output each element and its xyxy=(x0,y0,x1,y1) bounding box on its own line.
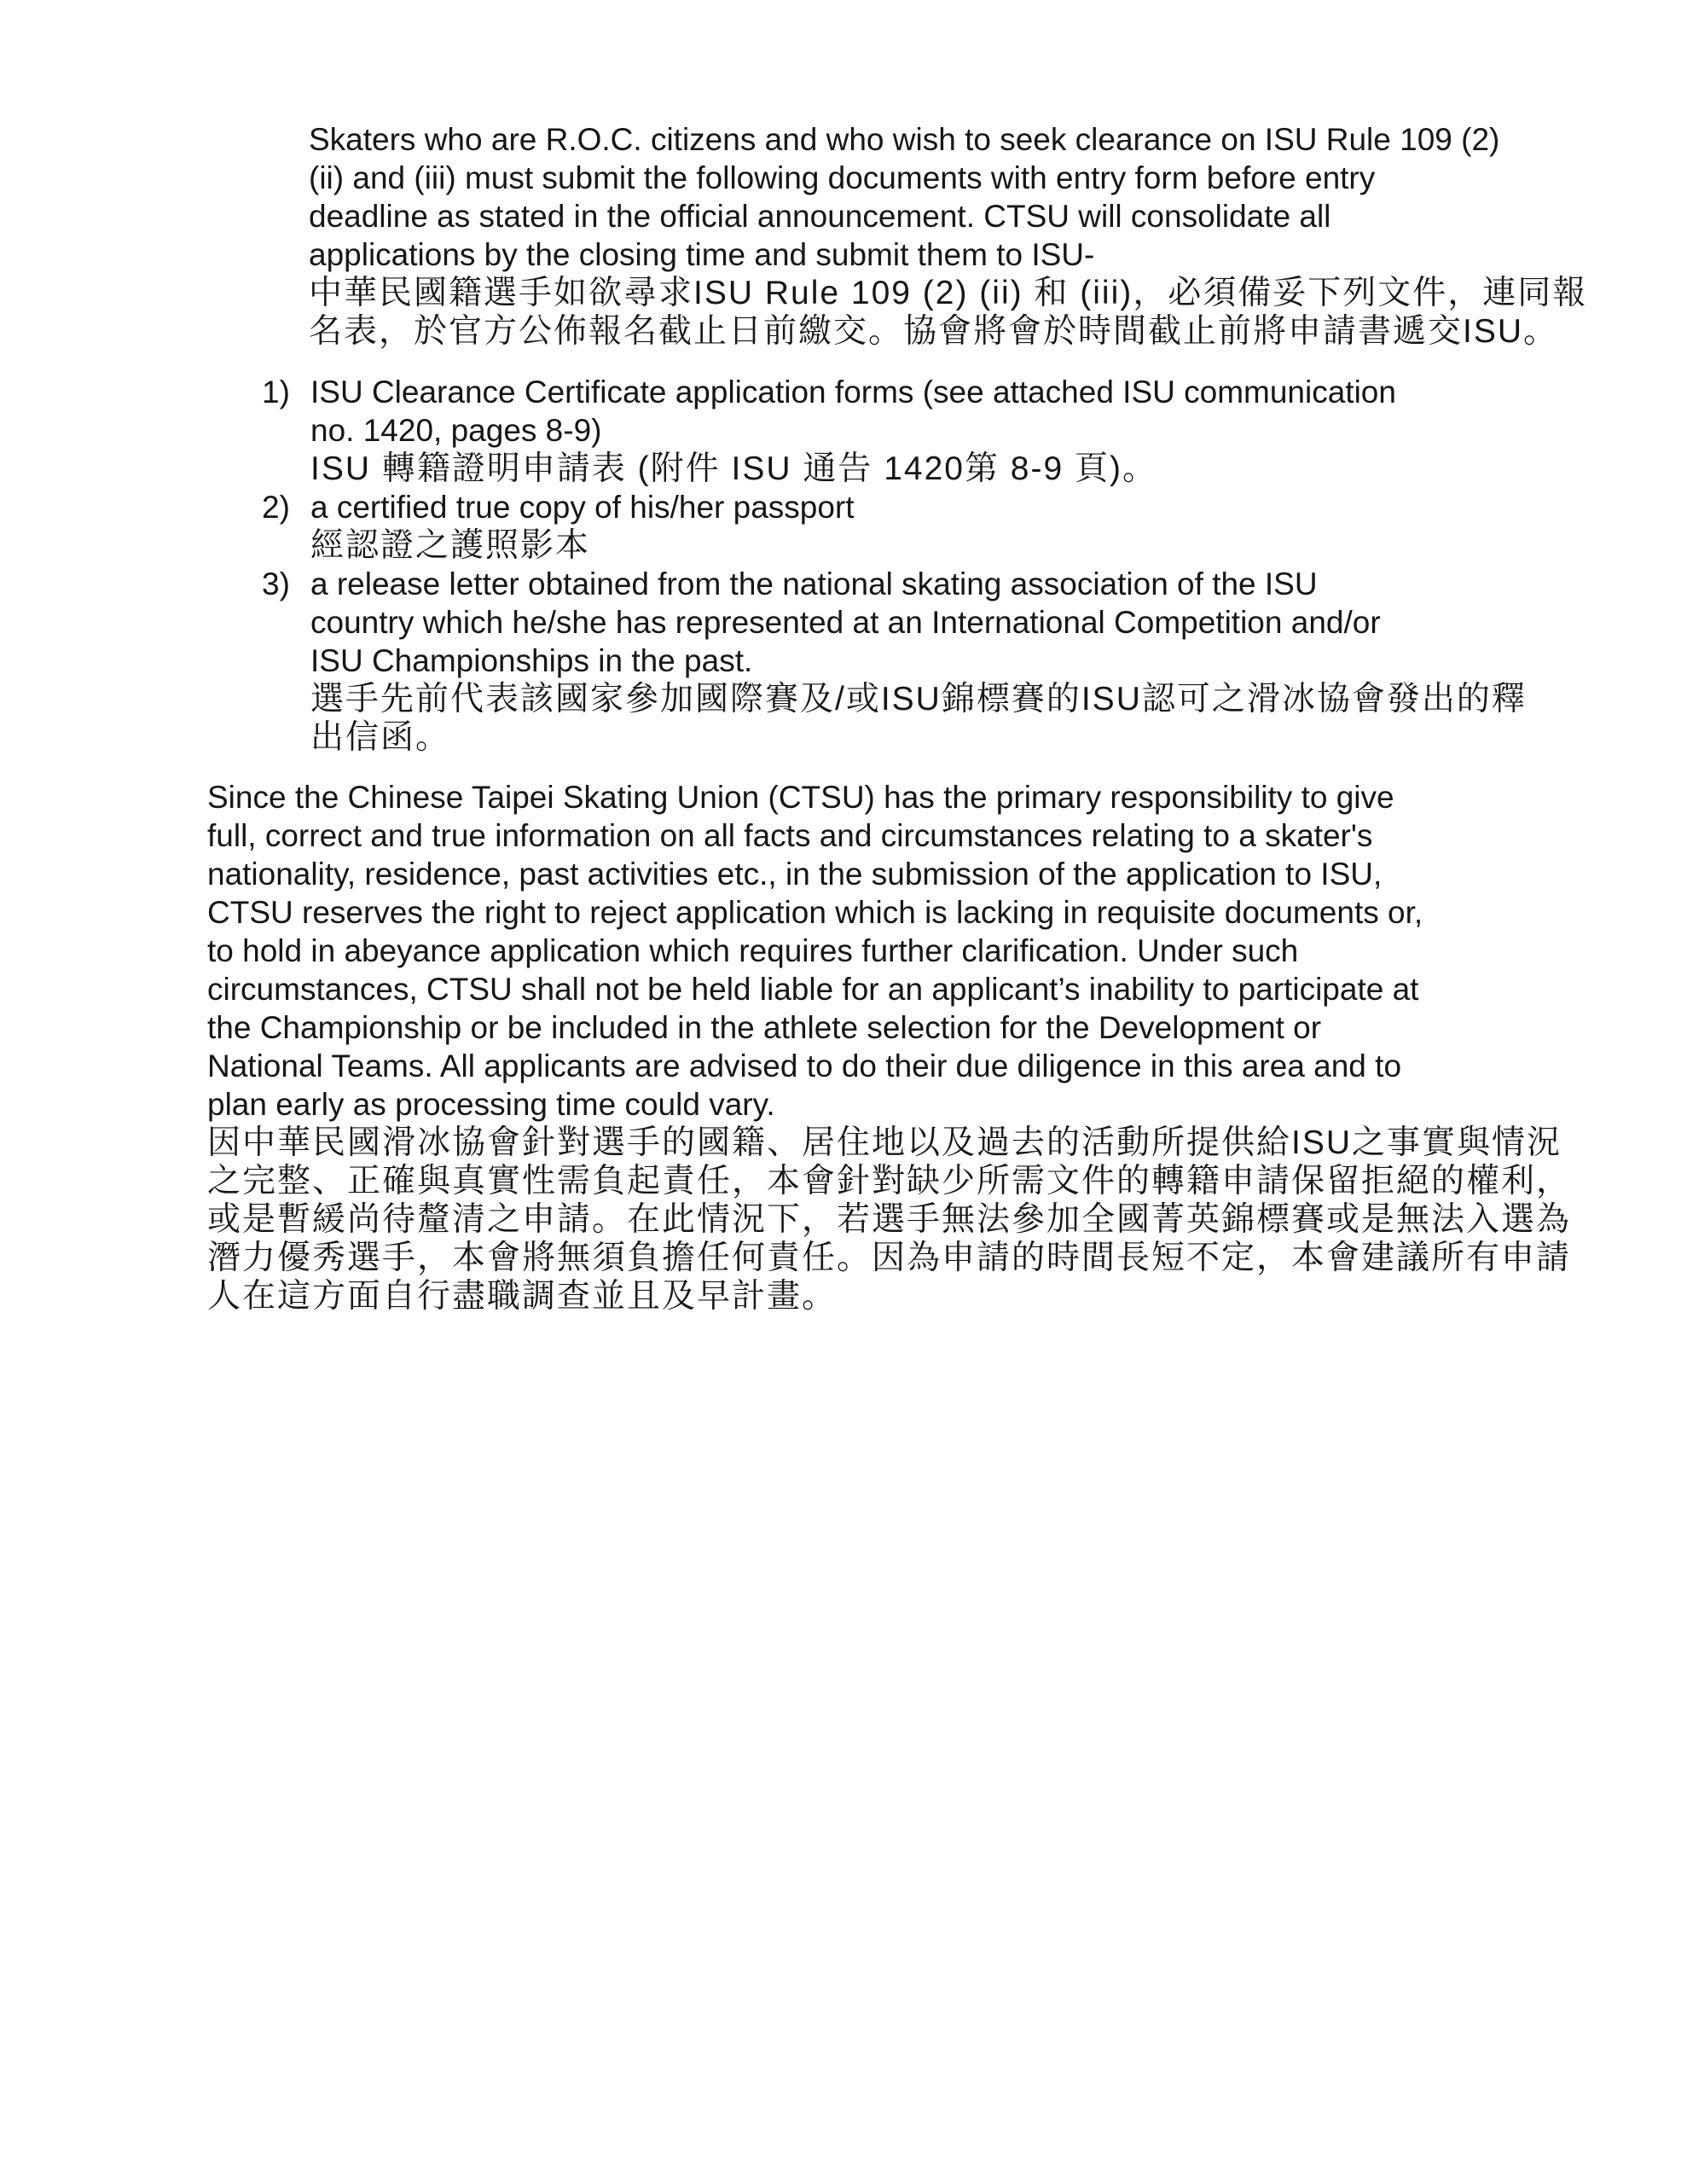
text-line: National Teams. All applicants are advis… xyxy=(207,1047,1571,1085)
text-line: 名表，於官方公佈報名截止日前繳交。協會將會於時間截止前將申請書遞交ISU。 xyxy=(309,312,1587,351)
text-line: 之完整、正確與真實性需負起責任，本會針對缺少所需文件的轉籍申請保留拒絕的權利， xyxy=(207,1162,1571,1200)
text-line: 選手先前代表該國家參加國際賽及/或ISU錦標賽的ISU認可之滑冰協會發出的釋 xyxy=(262,680,1527,718)
closing-paragraph: Since the Chinese Taipei Skating Union (… xyxy=(207,778,1571,1316)
text-line: 中華民國籍選手如欲尋求ISU Rule 109 (2) (ii) 和 (iii)… xyxy=(309,274,1587,312)
text-line: Skaters who are R.O.C. citizens and who … xyxy=(309,120,1587,159)
text-line: (ii) and (iii) must submit the following… xyxy=(309,159,1587,197)
text-line: 因中華民國滑冰協會針對選手的國籍、居住地以及過去的活動所提供給ISU之事實與情況 xyxy=(207,1124,1571,1162)
text-line: plan early as processing time could vary… xyxy=(207,1085,1571,1124)
list-number: 3) xyxy=(262,565,310,603)
list-line-text: 經認證之護照影本 xyxy=(310,527,590,564)
text-line: full, correct and true information on al… xyxy=(207,816,1571,855)
list-line-text: 出信函。 xyxy=(310,719,450,756)
text-line: Since the Chinese Taipei Skating Union (… xyxy=(207,778,1571,816)
text-line: 3)a release letter obtained from the nat… xyxy=(262,565,1527,603)
text-line: ISU Championships in the past. xyxy=(262,642,1527,680)
text-line: to hold in abeyance application which re… xyxy=(207,932,1571,970)
text-line: no. 1420, pages 8-9) xyxy=(262,411,1527,450)
list-line-text: ISU 轉籍證明申請表 (附件 ISU 通告 1420第 8-9 頁)。 xyxy=(310,450,1157,487)
list-line-text: country which he/she has represented at … xyxy=(310,605,1381,640)
text-line: 2)a certified true copy of his/her passp… xyxy=(262,488,1527,526)
document-page: Skaters who are R.O.C. citizens and who … xyxy=(0,0,1687,2184)
list-line-text: a certified true copy of his/her passpor… xyxy=(310,490,855,525)
list-line-text: no. 1420, pages 8-9) xyxy=(310,413,601,448)
text-line: CTSU reserves the right to reject applic… xyxy=(207,893,1571,932)
text-line: 經認證之護照影本 xyxy=(262,526,1527,565)
text-line: the Championship or be included in the a… xyxy=(207,1008,1571,1047)
intro-paragraph: Skaters who are R.O.C. citizens and who … xyxy=(309,120,1587,351)
text-line: nationality, residence, past activities … xyxy=(207,855,1571,893)
text-line: 出信函。 xyxy=(262,718,1527,757)
list-line-text: ISU Championships in the past. xyxy=(310,643,752,678)
list-line-text: 選手先前代表該國家參加國際賽及/或ISU錦標賽的ISU認可之滑冰協會發出的釋 xyxy=(310,681,1527,717)
text-line: applications by the closing time and sub… xyxy=(309,235,1587,274)
text-line: deadline as stated in the official annou… xyxy=(309,197,1587,235)
list-number: 1) xyxy=(262,373,310,411)
text-line: 人在這方面自行盡職調查並且及早計畫。 xyxy=(207,1277,1571,1316)
list-line-text: ISU Clearance Certificate application fo… xyxy=(310,375,1396,409)
text-line: 或是暫緩尚待釐清之申請。在此情況下，若選手無法參加全國菁英錦標賽或是無法入選為 xyxy=(207,1200,1571,1239)
numbered-requirements-list: 1)ISU Clearance Certificate application … xyxy=(262,373,1527,757)
text-line: 潛力優秀選手，本會將無須負擔任何責任。因為申請的時間長短不定，本會建議所有申請 xyxy=(207,1239,1571,1277)
list-number: 2) xyxy=(262,488,310,526)
text-line: circumstances, CTSU shall not be held li… xyxy=(207,970,1571,1008)
list-line-text: a release letter obtained from the natio… xyxy=(310,566,1318,601)
text-line: ISU 轉籍證明申請表 (附件 ISU 通告 1420第 8-9 頁)。 xyxy=(262,450,1527,488)
text-line: 1)ISU Clearance Certificate application … xyxy=(262,373,1527,411)
text-line: country which he/she has represented at … xyxy=(262,603,1527,642)
